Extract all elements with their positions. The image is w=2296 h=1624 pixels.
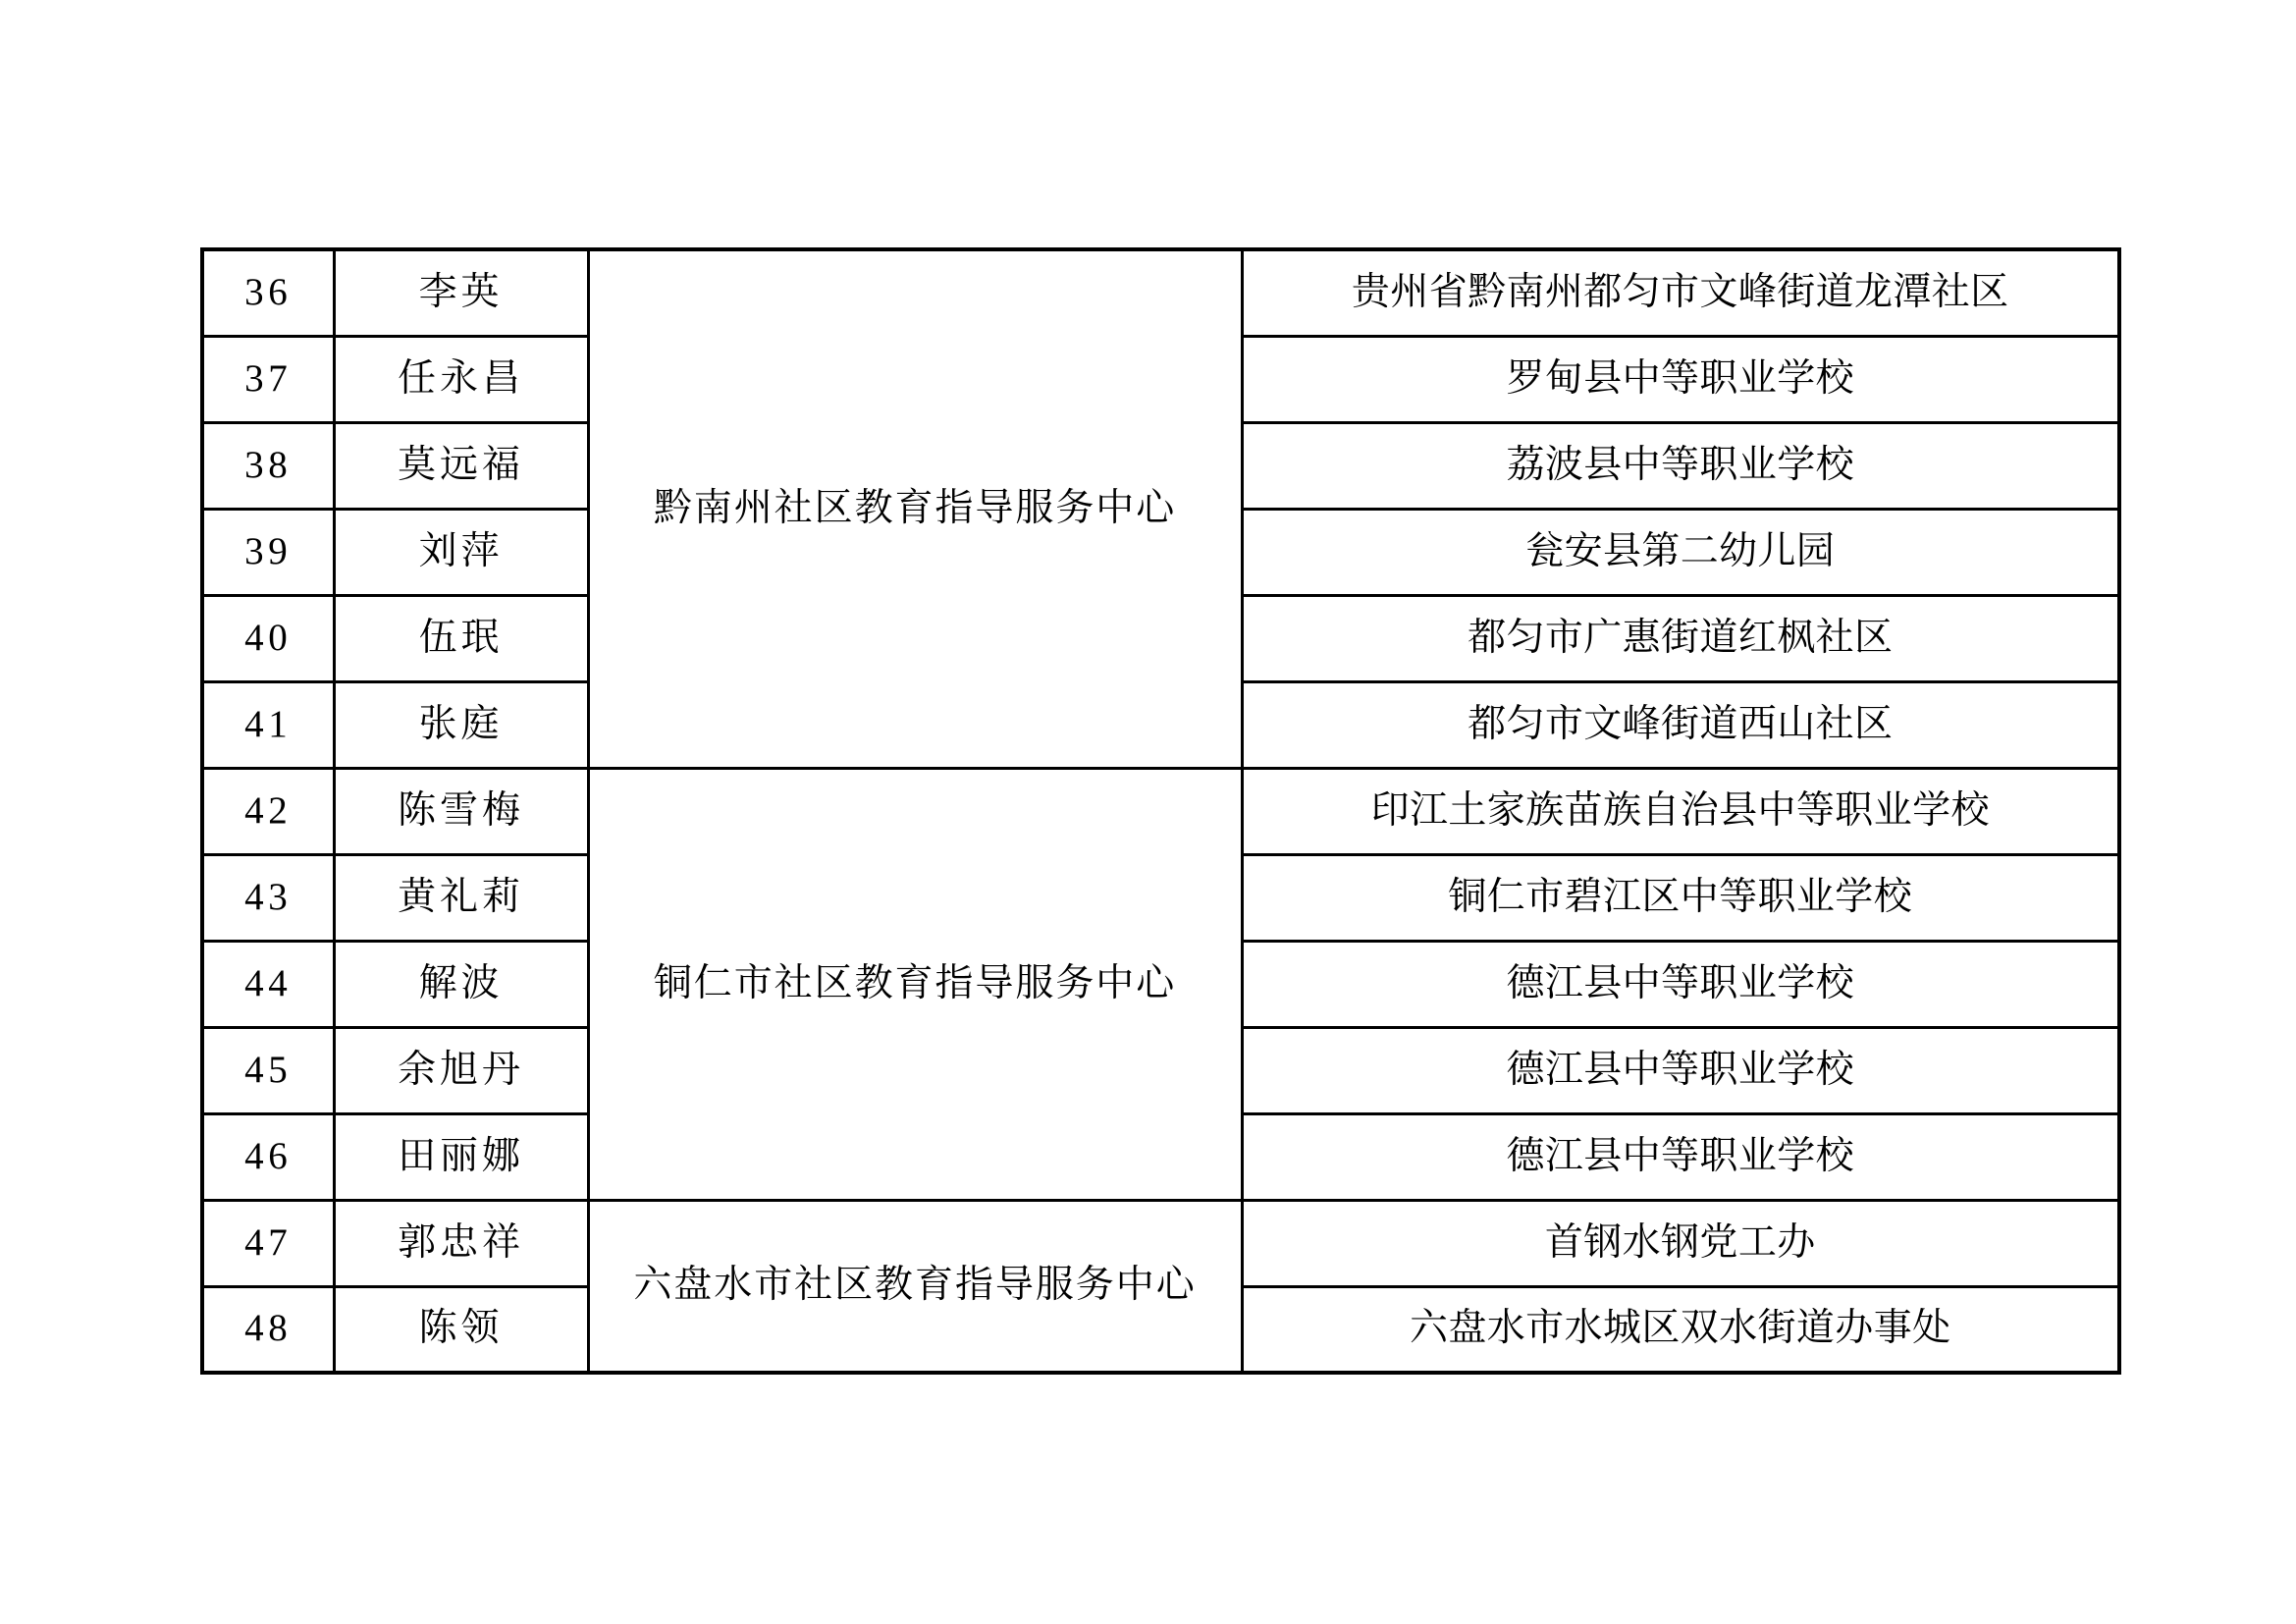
row-number-cell: 47 — [202, 1200, 334, 1286]
row-number-cell: 38 — [202, 422, 334, 509]
name-cell: 张庭 — [334, 681, 588, 768]
row-number-cell: 45 — [202, 1027, 334, 1113]
name-cell: 余旭丹 — [334, 1027, 588, 1113]
name-cell: 莫远福 — [334, 422, 588, 509]
name-cell: 任永昌 — [334, 336, 588, 422]
row-number-cell: 41 — [202, 681, 334, 768]
document-page: 36 李英 黔南州社区教育指导服务中心 贵州省黔南州都匀市文峰街道龙潭社区 37… — [200, 247, 2121, 1375]
org-center-cell: 黔南州社区教育指导服务中心 — [588, 249, 1242, 768]
name-cell: 郭忠祥 — [334, 1200, 588, 1286]
table-row: 42 陈雪梅 铜仁市社区教育指导服务中心 印江土家族苗族自治县中等职业学校 — [202, 768, 2119, 854]
unit-cell: 都匀市广惠街道红枫社区 — [1242, 595, 2119, 681]
row-number-cell: 43 — [202, 854, 334, 941]
name-cell: 伍珉 — [334, 595, 588, 681]
row-number-cell: 42 — [202, 768, 334, 854]
unit-cell: 德江县中等职业学校 — [1242, 1027, 2119, 1113]
row-number-cell: 46 — [202, 1113, 334, 1200]
unit-cell: 六盘水市水城区双水街道办事处 — [1242, 1286, 2119, 1373]
unit-cell: 都匀市文峰街道西山社区 — [1242, 681, 2119, 768]
unit-cell: 铜仁市碧江区中等职业学校 — [1242, 854, 2119, 941]
roster-table: 36 李英 黔南州社区教育指导服务中心 贵州省黔南州都匀市文峰街道龙潭社区 37… — [200, 247, 2121, 1375]
unit-cell: 德江县中等职业学校 — [1242, 1113, 2119, 1200]
unit-cell: 德江县中等职业学校 — [1242, 941, 2119, 1027]
name-cell: 解波 — [334, 941, 588, 1027]
row-number-cell: 44 — [202, 941, 334, 1027]
row-number-cell: 40 — [202, 595, 334, 681]
row-number-cell: 37 — [202, 336, 334, 422]
name-cell: 陈领 — [334, 1286, 588, 1373]
org-center-cell: 六盘水市社区教育指导服务中心 — [588, 1200, 1242, 1373]
name-cell: 陈雪梅 — [334, 768, 588, 854]
unit-cell: 印江土家族苗族自治县中等职业学校 — [1242, 768, 2119, 854]
row-number-cell: 36 — [202, 249, 334, 336]
row-number-cell: 39 — [202, 509, 334, 595]
unit-cell: 瓮安县第二幼儿园 — [1242, 509, 2119, 595]
unit-cell: 荔波县中等职业学校 — [1242, 422, 2119, 509]
unit-cell: 首钢水钢党工办 — [1242, 1200, 2119, 1286]
org-center-cell: 铜仁市社区教育指导服务中心 — [588, 768, 1242, 1200]
table-row: 47 郭忠祥 六盘水市社区教育指导服务中心 首钢水钢党工办 — [202, 1200, 2119, 1286]
table-row: 36 李英 黔南州社区教育指导服务中心 贵州省黔南州都匀市文峰街道龙潭社区 — [202, 249, 2119, 336]
name-cell: 刘萍 — [334, 509, 588, 595]
name-cell: 黄礼莉 — [334, 854, 588, 941]
name-cell: 田丽娜 — [334, 1113, 588, 1200]
name-cell: 李英 — [334, 249, 588, 336]
unit-cell: 罗甸县中等职业学校 — [1242, 336, 2119, 422]
unit-cell: 贵州省黔南州都匀市文峰街道龙潭社区 — [1242, 249, 2119, 336]
row-number-cell: 48 — [202, 1286, 334, 1373]
